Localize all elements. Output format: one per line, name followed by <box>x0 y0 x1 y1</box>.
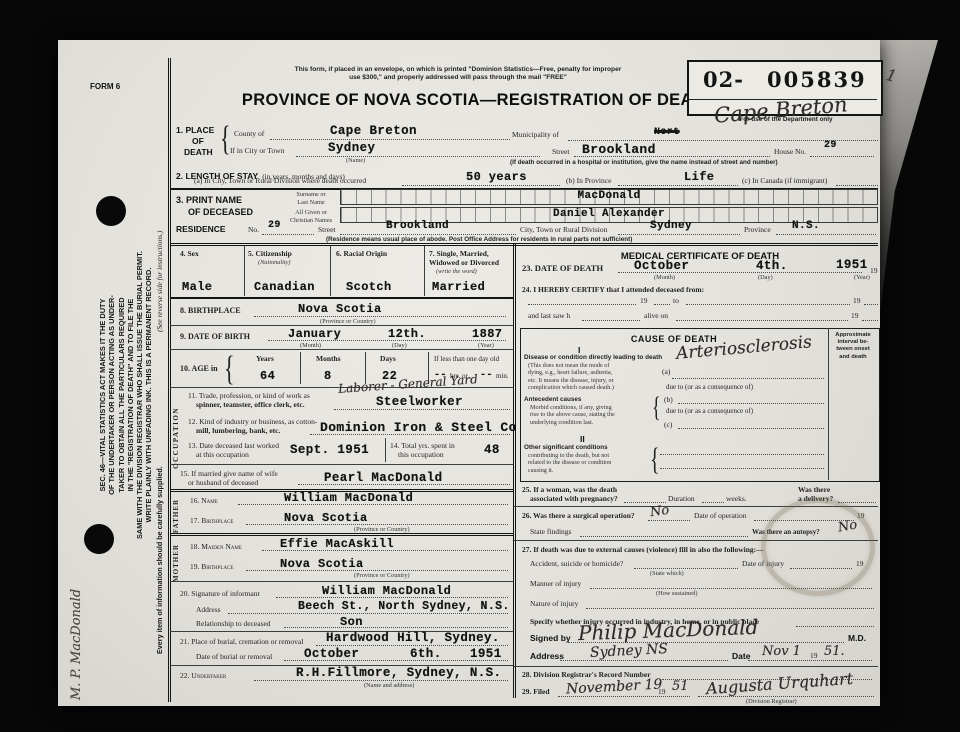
dotted-line <box>660 454 824 455</box>
s18-label: 18. Maiden Name <box>190 543 242 552</box>
dob-month-value: January <box>288 328 341 340</box>
s19-sub: (Province or Country) <box>354 572 410 580</box>
filed-date-value: November 19 <box>566 677 663 696</box>
s26-operation-value: No <box>649 504 670 520</box>
cause-other-label: Other significant conditions <box>524 444 608 452</box>
dotted-line <box>298 484 510 485</box>
dotted-line <box>672 378 824 379</box>
s25-label2: associated with pregnancy? <box>530 495 618 504</box>
dotted-line <box>582 320 640 321</box>
hospital-note: (If death occurred in a hospital or inst… <box>510 159 778 167</box>
residence-no-label: No. <box>248 226 259 235</box>
cause-other-sub: contributing to the death, but not relat… <box>528 452 611 474</box>
cause-c-label: (c) <box>664 421 672 430</box>
s27-statewhich-sub: (State which) <box>650 570 684 578</box>
cause-disease-label: Disease or condition directly leading to… <box>524 354 666 362</box>
cause-antecedent-label: Antecedent causes <box>524 396 581 404</box>
interval-column-label: Approximate interval be- tween onset and… <box>830 332 876 361</box>
s3-heading: 3. PRINT NAME <box>176 195 242 205</box>
s27-label: 27. If death was due to external causes … <box>522 546 764 555</box>
s27-nature-label: Nature of injury <box>530 600 578 609</box>
s23-year-sub: (Year) <box>854 274 870 282</box>
s22-sub: (Name and address) <box>364 682 414 690</box>
dotted-line <box>310 434 510 435</box>
s15-value: Pearl MacDonald <box>324 472 443 485</box>
s23-month-sub: (Month) <box>654 274 675 282</box>
residence-no-value: 29 <box>268 221 281 231</box>
s24-year2: 19 <box>853 297 861 306</box>
s23-day-value: 4th. <box>756 260 788 273</box>
residence-province-label: Province <box>744 226 771 235</box>
sex-value: Male <box>182 281 212 293</box>
citizenship-sub: (Nationality) <box>258 259 291 267</box>
s22-value: R.H.Fillmore, Sydney, N.S. <box>296 667 501 680</box>
mail-notice: This form, if placed in an envelope, on … <box>238 66 678 82</box>
section-rule <box>170 533 513 536</box>
s21-label: 21. Place of burial, cremation or remova… <box>180 638 303 647</box>
medical-certificate-title: MEDICAL CERTIFICATE OF DEATH <box>528 252 872 263</box>
s19-value: Nova Scotia <box>280 558 364 570</box>
mother-vertical-label: MOTHER <box>170 540 182 586</box>
dotted-line <box>702 502 724 503</box>
dotted-line <box>228 613 508 614</box>
surname-grid: MacDonald <box>340 189 878 205</box>
s21-date-label: Date of burial or removal <box>196 653 272 662</box>
md-label: M.D. <box>848 634 866 644</box>
s14-value: 48 <box>484 444 500 457</box>
s23-day-sub: (Day) <box>758 274 773 282</box>
dotted-line <box>558 696 690 697</box>
column-divider <box>513 243 516 698</box>
dotted-line <box>254 316 506 317</box>
signed-date-year-value: 51. <box>824 645 845 658</box>
s11-value: Steelworker <box>376 396 463 409</box>
s1-heading-death: DEATH <box>184 148 213 158</box>
dotted-line <box>678 428 824 429</box>
s18-value: Effie MacAskill <box>280 538 394 550</box>
s13-value: Sept. 1951 <box>290 444 369 457</box>
dotted-line <box>810 156 874 157</box>
age-days-label: Days <box>380 355 396 364</box>
scanned-death-registration: 1 FORM 6 SEC. 46—VITAL STATISTICS ACT MA… <box>0 0 960 732</box>
dotted-line <box>586 608 874 609</box>
cell-divider <box>424 246 425 296</box>
residence-street-value: Brookland <box>386 221 449 232</box>
dotted-line <box>528 304 636 305</box>
s12-value: Dominion Iron & Steel Co <box>320 421 517 434</box>
signed-by-label: Signed by <box>530 634 571 644</box>
s17-value: Nova Scotia <box>284 512 368 524</box>
s11-label2: spinner, teamster, office clerk, etc. <box>196 401 305 410</box>
dotted-line <box>568 642 844 643</box>
registrar-signature: Augusta Urquhart <box>706 671 854 697</box>
s20-value: William MacDonald <box>322 585 451 597</box>
s24-label: 24. I HEREBY CERTIFY that I attended dec… <box>522 286 704 295</box>
section-rule <box>170 325 513 326</box>
cause-disease-sub: (This does not mean the mode of dying, e… <box>528 362 614 392</box>
s11-handwritten-value: Laborer - General Yard <box>338 373 478 395</box>
dotted-line <box>560 660 728 661</box>
section-rule <box>514 666 878 667</box>
age-months-label: Months <box>316 355 341 364</box>
s12-label2: mill, lumbering, bank, etc. <box>196 427 280 436</box>
s24-year3: 19 <box>851 312 859 321</box>
street-value: Brookland <box>582 143 656 156</box>
age-less-than-day-label: If less than one day old <box>434 355 499 363</box>
s23-year-value: 1951 <box>836 259 868 272</box>
age-brace: { <box>224 351 235 386</box>
s27-accident-label: Accident, suicide or homicide? <box>530 560 623 569</box>
dotted-line <box>776 234 876 235</box>
s25-duration-label: Duration <box>668 495 695 504</box>
city-value: Sydney <box>328 142 375 155</box>
dotted-line <box>580 536 748 537</box>
dotted-line <box>334 409 510 410</box>
registration-number-prefix: 02- <box>703 69 744 90</box>
s2b-value: Life <box>684 171 714 183</box>
form-number-label: FORM 6 <box>90 82 120 91</box>
interval-column-divider <box>828 328 829 480</box>
statute-margin-text: SEC. 46—VITAL STATISTICS ACT MAKES IT TH… <box>98 222 156 568</box>
s23-month-value: October <box>634 260 689 273</box>
s16-label: 16. Name <box>190 497 218 506</box>
city-label: If in City or Town <box>230 147 284 156</box>
dotted-line <box>836 185 878 186</box>
racial-origin-value: Scotch <box>346 281 392 293</box>
dob-label: 9. DATE OF BIRTH <box>180 332 250 341</box>
section-rule <box>170 243 878 246</box>
residence-street-label: Street <box>318 226 336 235</box>
section-rule <box>170 297 513 299</box>
cause-dueto1: due to (or as a consequence of) <box>666 383 753 391</box>
citizenship-value: Canadian <box>254 281 315 293</box>
county-label: County of <box>234 130 264 139</box>
filed-year-value: 51 <box>672 680 689 693</box>
dotted-line <box>262 234 314 235</box>
s27-howsustained-sub: (How sustained) <box>656 590 697 598</box>
s29-label: 29. Filed <box>522 688 550 697</box>
cell-divider <box>330 246 331 296</box>
marital-value: Married <box>432 281 485 293</box>
father-vertical-label: FATHER <box>170 494 182 538</box>
sex-label: 4. Sex <box>180 250 199 259</box>
dotted-line <box>686 304 850 305</box>
s2c-label: (c) In Canada (if immigrant) <box>742 177 827 186</box>
residence-city-value: Sydney <box>650 221 692 232</box>
dotted-line <box>678 403 824 404</box>
surname-label: Surname or Last Name <box>286 191 336 206</box>
cup-ring-stain <box>761 498 875 596</box>
s1-heading: 1. PLACE <box>176 126 214 136</box>
residence-province-value: N.S. <box>792 221 820 232</box>
physician-address-value: Sydney NS <box>590 642 669 660</box>
surname-value: MacDonald <box>341 191 877 202</box>
s21-date-month: October <box>304 648 359 661</box>
cause-brace-bc: { <box>652 393 661 422</box>
division-registrar-sub: (Division Registrar) <box>746 698 797 706</box>
birthplace-value: Nova Scotia <box>298 303 382 315</box>
s2a-label: (a) In City, Town or Rural Division wher… <box>194 177 366 186</box>
dotted-line <box>284 627 508 628</box>
s2a-value: 50 years <box>466 171 527 183</box>
s20-relationship-value: Son <box>340 616 363 628</box>
registration-number: 005839 <box>767 69 867 90</box>
residence-label: RESIDENCE <box>176 225 226 235</box>
age-months-value: 8 <box>324 370 332 382</box>
house-label: House No. <box>774 148 806 157</box>
s24-to: to <box>673 297 679 306</box>
age-min-label: min. <box>496 372 509 380</box>
section-rule <box>170 581 513 582</box>
s3-heading2: OF DECEASED <box>188 207 253 217</box>
cause-dueto2: due to (or as a consequence of) <box>666 407 753 415</box>
dotted-line <box>254 680 508 681</box>
s22-label: 22. Undertaker <box>180 672 226 681</box>
dotted-line <box>654 304 670 305</box>
s24-aliveon-label: alive on <box>644 312 668 321</box>
dotted-line <box>316 645 508 646</box>
s24-year1: 19 <box>640 297 648 306</box>
dotted-line <box>340 234 516 235</box>
dotted-line <box>748 660 872 661</box>
cell-divider <box>385 438 386 462</box>
dob-day-value: 12th. <box>388 328 426 340</box>
s21-value: Hardwood Hill, Sydney. <box>326 632 500 645</box>
s20-address-label: Address <box>196 606 221 615</box>
s1-brace: { <box>220 121 231 156</box>
s20-relationship-label: Relationship to deceased <box>196 620 271 629</box>
county-value: Cape Breton <box>330 125 417 138</box>
residence-city-label: City, Town or Rural Division <box>520 226 607 235</box>
cause-b-label: (b) <box>664 396 673 405</box>
s24-lastsaw-label: and last saw h <box>528 312 570 321</box>
s13-label2: at this occupation <box>196 451 249 460</box>
s16-value: William MacDonald <box>284 492 413 504</box>
dob-year-value: 1887 <box>472 328 502 340</box>
s1-heading-of: OF <box>192 137 204 147</box>
signed-date-value: Nov 1 <box>762 645 801 658</box>
street-label: Street <box>552 148 570 157</box>
death-certificate-paper: FORM 6 SEC. 46—VITAL STATISTICS ACT MAKE… <box>58 40 880 706</box>
s26-findings-label: State findings <box>530 528 571 537</box>
s23-label: 23. DATE OF DEATH <box>522 264 603 274</box>
s2b-label: (b) In Province <box>566 177 611 186</box>
physician-address-label: Address <box>530 652 564 662</box>
dotted-line <box>618 185 738 186</box>
s17-label: 17. Birthplace <box>190 517 233 526</box>
house-value: 29 <box>824 141 837 151</box>
dotted-line <box>284 660 508 661</box>
age-min-dash: -- <box>480 371 493 381</box>
marital-label2: Widowed or Divorced <box>429 259 499 268</box>
s26-label: 26. Was there a surgical operation? <box>522 512 635 521</box>
s26-dateop-label: Date of operation <box>694 512 746 521</box>
cause-a-label: (a) <box>662 368 670 377</box>
s20-address-value: Beech St., North Sydney, N.S. <box>298 601 510 613</box>
dotted-line <box>270 139 510 140</box>
age-label: 10. AGE in <box>180 364 218 373</box>
dotted-line <box>296 156 540 157</box>
s15-label2: or husband of deceased <box>188 479 258 488</box>
s21-date-day: 6th. <box>410 648 442 661</box>
physician-signature: Philip MacDonald <box>578 617 759 643</box>
document-title: PROVINCE OF NOVA SCOTIA—REGISTRATION OF … <box>198 92 758 109</box>
section-rule <box>170 349 513 350</box>
dotted-line <box>698 696 874 697</box>
cell-divider <box>244 246 245 296</box>
s20-label: 20. Signature of informant <box>180 590 260 599</box>
dotted-line <box>634 568 738 569</box>
supply-note: Every item of information should be care… <box>156 370 163 654</box>
s27-manner-label: Manner of injury <box>530 580 581 589</box>
dotted-line <box>660 468 824 469</box>
cell-divider <box>300 352 301 384</box>
marital-sub: (write the word) <box>436 268 477 276</box>
dotted-line <box>618 234 740 235</box>
dotted-line <box>648 520 690 521</box>
racial-origin-label: 6. Racial Origin <box>336 250 387 259</box>
citizenship-label: 5. Citizenship <box>248 250 292 259</box>
given-names-label: All Given or Christian Names <box>284 209 338 224</box>
birthplace-label: 8. BIRTHPLACE <box>180 306 241 315</box>
age-years-label: Years <box>256 355 274 364</box>
dotted-line <box>676 320 848 321</box>
sidebar-divider-rule <box>168 58 171 702</box>
municipality-struck-value: Nort <box>654 128 680 138</box>
dotted-line <box>862 320 878 321</box>
city-name-sub: (Name) <box>346 157 365 165</box>
s23-year-print: 19 <box>870 267 878 276</box>
dotted-line <box>796 626 874 627</box>
s25-weeks-label: weeks. <box>726 495 747 504</box>
reverse-side-note: (See reverse side for instructions.) <box>156 184 163 332</box>
s19-label: 19. Birthplace <box>190 563 233 572</box>
s21-date-year: 1951 <box>470 648 502 661</box>
section-rule <box>170 464 513 465</box>
given-names-value: Daniel Alexander <box>341 209 877 220</box>
municipality-label: Municipality of <box>512 131 559 140</box>
dotted-line <box>402 185 560 186</box>
cause-brace-other: { <box>650 444 660 476</box>
cause-antecedent-sub: Morbid conditions, if any, giving rise t… <box>530 404 615 426</box>
margin-handwritten-signature: M. P. MacDonald <box>70 495 83 700</box>
dotted-line <box>864 304 878 305</box>
s14-label2: this occupation <box>398 451 444 460</box>
age-years-value: 64 <box>260 370 275 382</box>
